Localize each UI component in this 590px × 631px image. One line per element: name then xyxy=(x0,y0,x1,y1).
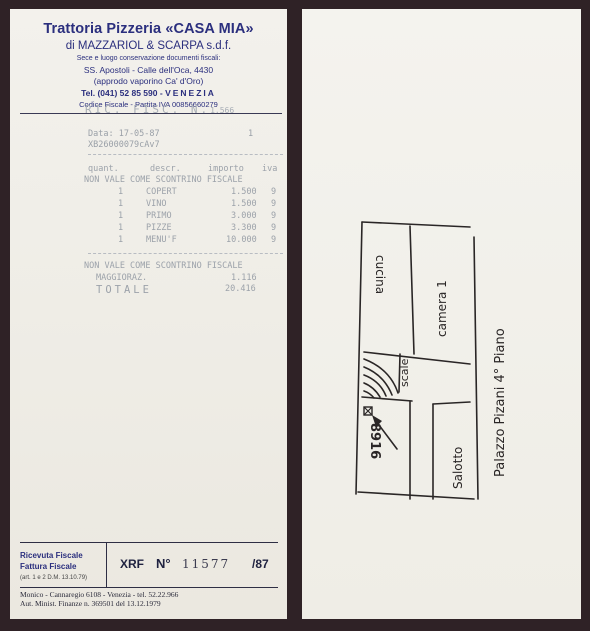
receipt: Trattoria Pizzeria «CASA MIA» di MAZZARI… xyxy=(10,9,287,619)
phone-line: Tel. (041) 52 85 590 - VENEZIA xyxy=(10,88,287,98)
register-id: XB26000079cAv7 xyxy=(88,140,160,150)
legal-ref: (art. 1 e 2 D.M. 13.10.79) xyxy=(20,575,87,581)
room-stairs: scale xyxy=(398,358,411,387)
ricevuta-fiscale: Ricevuta Fiscale xyxy=(20,551,83,560)
address: SS. Apostoli - Calle dell'Oca, 4430 xyxy=(10,65,287,75)
room-living: Salotto xyxy=(451,447,465,489)
building-label: Palazzo Pizani 4° Piano xyxy=(493,328,508,477)
floor-plan-sketch: cucina camera 1 scale Salotto 8916 Palaz… xyxy=(302,9,581,619)
footer-separator xyxy=(106,543,107,587)
floor-plan-drawing: cucina camera 1 scale Salotto 8916 Palaz… xyxy=(302,9,581,619)
phone: Tel. (041) 52 85 590 - xyxy=(81,88,163,98)
ric-fisc: RIC. FISC. N.1.566 xyxy=(85,103,234,116)
owners: di MAZZARIOL & SCARPA s.d.f. xyxy=(10,40,287,52)
landmark: (approdo vaporino Ca' d'Oro) xyxy=(10,76,287,86)
receipt-number: 11577 xyxy=(182,557,230,571)
city: VENEZIA xyxy=(165,88,216,98)
room-kitchen: cucina xyxy=(373,255,387,294)
doorbell-number: 8916 xyxy=(367,423,382,459)
doc-storage-note: Sece e luogo conservazione documenti fis… xyxy=(10,55,287,62)
fattura-fiscale: Fattura Fiscale xyxy=(20,562,76,571)
series: XRF xyxy=(120,557,144,571)
printer-info: Monico - Cannaregio 6108 - Venezia - tel… xyxy=(20,590,178,599)
divider xyxy=(88,253,283,254)
room-bedroom: camera 1 xyxy=(435,280,449,337)
receipt-year: /87 xyxy=(252,557,269,571)
number-sign: N° xyxy=(156,556,171,571)
business-name: Trattoria Pizzeria «CASA MIA» xyxy=(10,21,287,37)
date: Data: 17-05-87 xyxy=(88,129,160,139)
authorization: Aut. Minist. Finanze n. 369501 del 13.12… xyxy=(20,599,161,608)
date-count: 1 xyxy=(248,129,253,139)
fiscal-footer: Ricevuta Fiscale Fattura Fiscale (art. 1… xyxy=(20,542,278,588)
divider xyxy=(88,154,283,155)
